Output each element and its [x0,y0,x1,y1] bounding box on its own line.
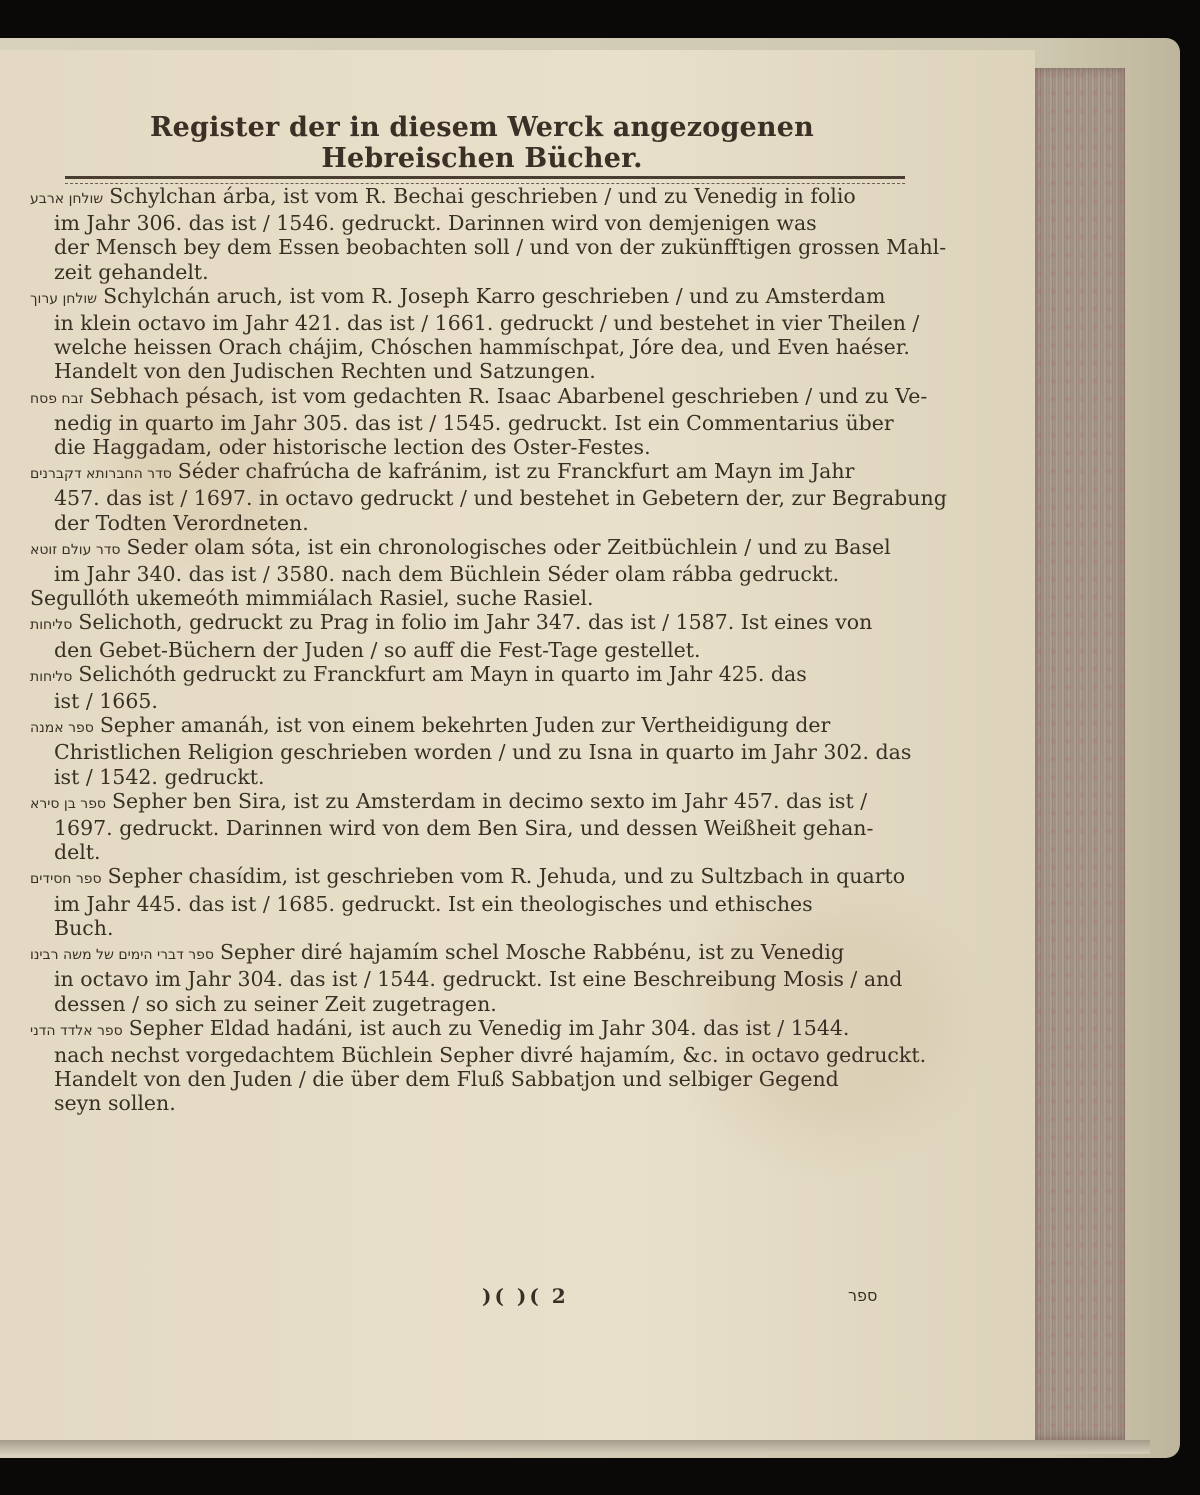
register-entry: ספר בן סיראSepher ben Sira, ist zu Amste… [30,789,910,865]
entry-first-line: ספר אמנהSepher amanáh, ist von einem bek… [30,713,910,740]
entry-text: seyn sollen. [54,1091,176,1115]
entry-text: im Jahr 445. das ist / 1685. gedruckt. I… [54,892,813,916]
entry-continuation-line: welche heissen Orach chájim, Chóschen ha… [30,335,910,359]
entry-text: Sepher Eldad hadáni, ist auch zu Venedig… [129,1016,850,1040]
register-entry: זבח פסחSebhach pésach, ist vom gedachten… [30,384,910,460]
entry-text: 457. das ist / 1697. in octavo gedruckt … [54,486,947,510]
entry-continuation-line: 457. das ist / 1697. in octavo gedruckt … [30,486,910,510]
entry-continuation-line: nach nechst vorgedachtem Büchlein Sepher… [30,1043,910,1067]
entry-continuation-line: in klein octavo im Jahr 421. das ist / 1… [30,311,910,335]
page-content: Register der in diesem Werck angezogenen… [30,112,910,1116]
entry-first-line: ספר חסידיםSepher chasídim, ist geschrieb… [30,864,910,891]
entry-text: Handelt von den Juden / die über dem Flu… [54,1067,839,1091]
entry-text: welche heissen Orach chájim, Chóschen ha… [54,335,910,359]
entry-continuation-line: ist / 1542. gedruckt. [30,765,910,789]
entry-text: in klein octavo im Jahr 421. das ist / 1… [54,311,919,335]
hebrew-title: ספר חסידים [30,871,102,887]
entry-continuation-line: seyn sollen. [30,1091,910,1115]
entry-first-line: ספר דברי הימים של משה רבינוSepher diré h… [30,940,910,967]
entry-continuation-line: der Mensch bey dem Essen beobachten soll… [30,235,910,259]
entry-text: Sepher chasídim, ist geschrieben vom R. … [108,864,905,888]
entry-text: der Todten Verordneten. [54,511,309,535]
entry-first-line: Segullóth ukemeóth mimmiálach Rasiel, su… [30,586,910,610]
hebrew-title: סליחות [30,669,72,685]
entry-continuation-line: dessen / so sich zu seiner Zeit zugetrag… [30,992,910,1016]
entry-continuation-line: Christlichen Religion geschrieben worden… [30,740,910,764]
hebrew-title: סדר החברותא דקברנים [30,466,172,482]
hebrew-title: ספר אמנה [30,720,94,736]
entry-text: Handelt von den Judischen Rechten und Sa… [54,359,596,383]
entry-continuation-line: der Todten Verordneten. [30,511,910,535]
hebrew-title: זבח פסח [30,391,84,407]
entry-text: Séder chafrúcha de kafránim, ist zu Fran… [178,459,855,483]
page-bottom-edge [0,1440,1150,1454]
entry-text: im Jahr 340. das ist / 3580. nach dem Bü… [54,562,839,586]
entry-first-line: שולחן ערוךSchylchán aruch, ist vom R. Jo… [30,284,910,311]
entry-continuation-line: Buch. [30,916,910,940]
page-edges [1035,68,1125,1440]
page-title: Register der in diesem Werck angezogenen… [62,112,902,174]
entry-text: zeit gehandelt. [54,260,209,284]
catchword: ספר [848,1286,877,1305]
entry-first-line: סדר החברותא דקברניםSéder chafrúcha de ka… [30,459,910,486]
hebrew-title: ספר בן סירא [30,796,106,812]
entry-text: Sepher diré hajamím schel Mosche Rabbénu… [220,940,844,964]
register-entry: Segullóth ukemeóth mimmiálach Rasiel, su… [30,586,910,610]
entry-first-line: שולחן ארבעSchylchan árba, ist vom R. Bec… [30,184,910,211]
entry-text: der Mensch bey dem Essen beobachten soll… [54,235,946,259]
entry-text: dessen / so sich zu seiner Zeit zugetrag… [54,992,497,1016]
hebrew-title: ספר אלדד הדני [30,1023,123,1039]
entry-first-line: סליחותSelichóth gedruckt zu Franckfurt a… [30,662,910,689]
entry-continuation-line: Handelt von den Judischen Rechten und Sa… [30,359,910,383]
entry-text: Seder olam sóta, ist ein chronologisches… [126,535,890,559]
entry-text: Sebhach pésach, ist vom gedachten R. Isa… [90,384,928,408]
entry-text: Schylchán aruch, ist vom R. Joseph Karro… [103,284,885,308]
register-entry: סליחותSelichoth, gedruckt zu Prag in fol… [30,610,910,661]
entry-text: Sepher amanáh, ist von einem bekehrten J… [100,713,830,737]
entry-first-line: זבח פסחSebhach pésach, ist vom gedachten… [30,384,910,411]
entry-continuation-line: im Jahr 445. das ist / 1685. gedruckt. I… [30,892,910,916]
hebrew-title: סליחות [30,617,72,633]
register-entry: ספר חסידיםSepher chasídim, ist geschrieb… [30,864,910,940]
entry-continuation-line: den Gebet-Büchern der Juden / so auff di… [30,638,910,662]
entry-text: ist / 1542. gedruckt. [54,765,265,789]
entry-continuation-line: im Jahr 306. das ist / 1546. gedruckt. D… [30,211,910,235]
signature-mark: )( )( 2 [482,1284,569,1308]
entry-text: 1697. gedruckt. Darinnen wird von dem Be… [54,816,873,840]
entry-continuation-line: Handelt von den Juden / die über dem Flu… [30,1067,910,1091]
entry-text: Segullóth ukemeóth mimmiálach Rasiel, su… [30,586,594,610]
entry-continuation-line: delt. [30,840,910,864]
entry-continuation-line: im Jahr 340. das ist / 3580. nach dem Bü… [30,562,910,586]
entry-text: Buch. [54,916,113,940]
entry-text: nach nechst vorgedachtem Büchlein Sepher… [54,1043,926,1067]
entry-continuation-line: zeit gehandelt. [30,260,910,284]
entry-text: Schylchan árba, ist vom R. Bechai geschr… [109,184,856,208]
entry-text: Selichoth, gedruckt zu Prag in folio im … [78,610,872,634]
hebrew-title: שולחן ערוך [30,291,97,307]
hebrew-title: סדר עולם זוטא [30,542,120,558]
entry-continuation-line: die Haggadam, oder historische lection d… [30,435,910,459]
register-entry: ספר אמנהSepher amanáh, ist von einem bek… [30,713,910,789]
hebrew-title: ספר דברי הימים של משה רבינו [30,947,214,963]
entry-first-line: ספר בן סיראSepher ben Sira, ist zu Amste… [30,789,910,816]
register-entry: סדר עולם זוטאSeder olam sóta, ist ein ch… [30,535,910,586]
register-entries: שולחן ארבעSchylchan árba, ist vom R. Bec… [30,184,910,1116]
page-footer: )( )( 2 ספר [30,1284,910,1324]
entry-text: Sepher ben Sira, ist zu Amsterdam in dec… [112,789,867,813]
register-entry: ספר אלדד הדניSepher Eldad hadáni, ist au… [30,1016,910,1116]
register-entry: סליחותSelichóth gedruckt zu Franckfurt a… [30,662,910,713]
book-page: Register der in diesem Werck angezogenen… [0,50,1035,1440]
entry-text: im Jahr 306. das ist / 1546. gedruckt. D… [54,211,817,235]
entry-text: ist / 1665. [54,689,158,713]
entry-text: Selichóth gedruckt zu Franckfurt am Mayn… [78,662,806,686]
register-entry: שולחן ארבעSchylchan árba, ist vom R. Bec… [30,184,910,284]
entry-first-line: ספר אלדד הדניSepher Eldad hadáni, ist au… [30,1016,910,1043]
entry-text: in octavo im Jahr 304. das ist / 1544. g… [54,967,902,991]
header-rule [65,176,905,184]
entry-text: nedig in quarto im Jahr 305. das ist / 1… [54,411,894,435]
entry-first-line: סדר עולם זוטאSeder olam sóta, ist ein ch… [30,535,910,562]
register-entry: סדר החברותא דקברניםSéder chafrúcha de ka… [30,459,910,535]
entry-continuation-line: in octavo im Jahr 304. das ist / 1544. g… [30,967,910,991]
register-entry: שולחן ערוךSchylchán aruch, ist vom R. Jo… [30,284,910,384]
entry-text: die Haggadam, oder historische lection d… [54,435,651,459]
entry-continuation-line: 1697. gedruckt. Darinnen wird von dem Be… [30,816,910,840]
entry-continuation-line: ist / 1665. [30,689,910,713]
entry-text: delt. [54,840,101,864]
entry-text: Christlichen Religion geschrieben worden… [54,740,911,764]
entry-first-line: סליחותSelichoth, gedruckt zu Prag in fol… [30,610,910,637]
entry-text: den Gebet-Büchern der Juden / so auff di… [54,638,701,662]
hebrew-title: שולחן ארבע [30,191,103,207]
register-entry: ספר דברי הימים של משה רבינוSepher diré h… [30,940,910,1016]
entry-continuation-line: nedig in quarto im Jahr 305. das ist / 1… [30,411,910,435]
